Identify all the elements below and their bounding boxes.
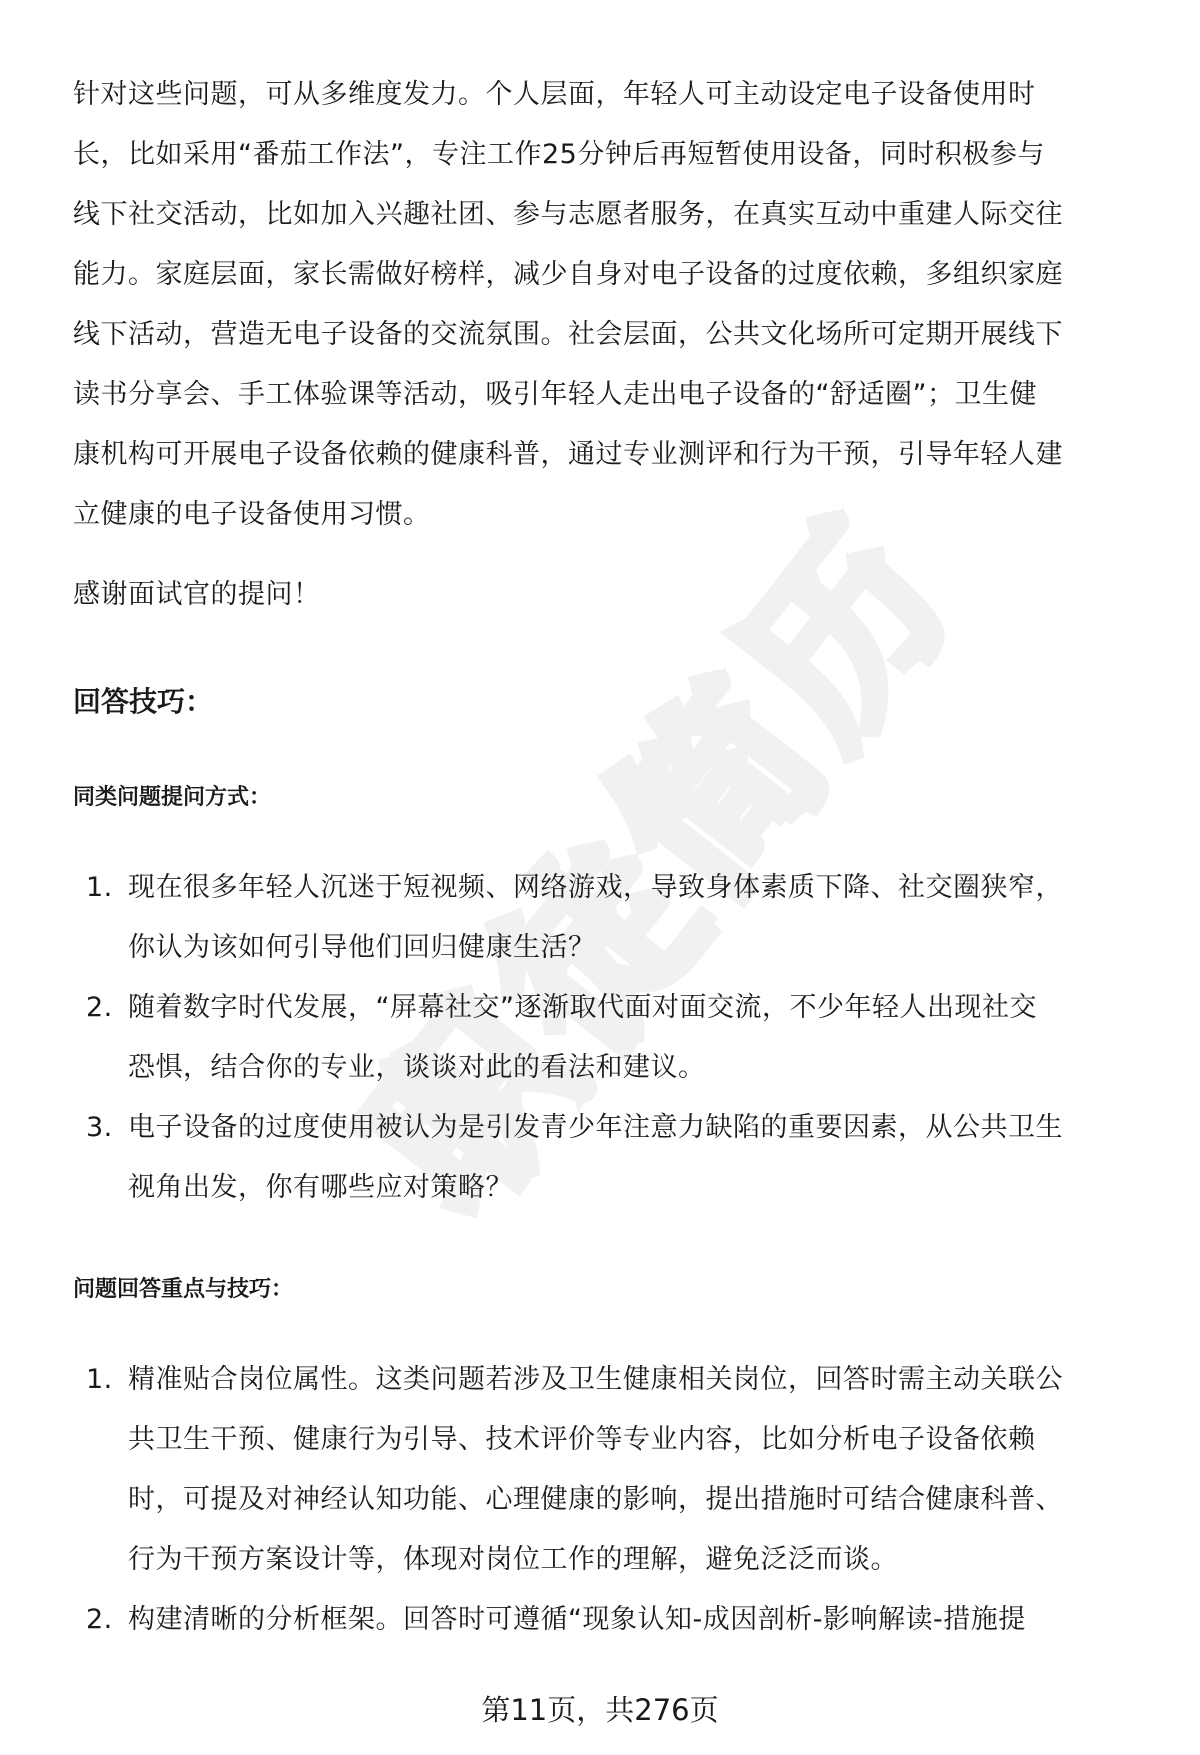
intro-line: 康机构可开展电子设备依赖的健康科普，通过专业测评和行为干预，引导年轻人建 [73,422,1153,489]
list-item-line: 电子设备的过度使用被认为是引发青少年注意力缺陷的重要因素，从公共卫生 [128,1098,1153,1158]
list-item-line: 行为干预方案设计等，体现对岗位工作的理解，避免泛泛而谈。 [128,1530,1153,1590]
intro-line: 立健康的电子设备使用习惯。 [73,482,1153,549]
intro-line: 线下社交活动，比如加入兴趣社团、参与志愿者服务，在真实互动中重建人际交往 [73,182,1153,249]
list-item-line: 你认为该如何引导他们回归健康生活？ [128,918,1153,978]
intro-line: 线下活动，营造无电子设备的交流氛围。社会层面，公共文化场所可定期开展线下 [73,302,1153,369]
list-item-line: 随着数字时代发展，“屏幕社交”逐渐取代面对面交流，不少年轻人出现社交 [128,978,1153,1038]
list-item: 2. 随着数字时代发展，“屏幕社交”逐渐取代面对面交流，不少年轻人出现社交 恐惧… [73,978,1153,1098]
tips-heading: 回答技巧： [73,680,213,720]
list-item-line: 时，可提及对神经认知功能、心理健康的影响，提出措施时可结合健康科普、 [128,1470,1153,1530]
list-item-line: 恐惧，结合你的专业，谈谈对此的看法和建议。 [128,1038,1153,1098]
list-item: 3. 电子设备的过度使用被认为是引发青少年注意力缺陷的重要因素，从公共卫生 视角… [73,1098,1153,1218]
list-item-line: 构建清晰的分析框架。回答时可遵循“现象认知-成因剖析-影响解读-措施提 [128,1590,1153,1650]
intro-line: 读书分享会、手工体验课等活动，吸引年轻人走出电子设备的“舒适圈”；卫生健 [73,362,1153,429]
thanks-text: 感谢面试官的提问！ [73,562,1153,629]
list-number: 1. [86,858,113,918]
answer-tips-list: 1. 精准贴合岗位属性。这类问题若涉及卫生健康相关岗位，回答时需主动关联公 共卫… [73,1350,1153,1650]
page-indicator: 第11页，共276页 [0,1688,1200,1729]
intro-line: 长，比如采用“番茄工作法”，专注工作25分钟后再短暂使用设备，同时积极参与 [73,122,1153,189]
list-number: 3. [86,1098,113,1158]
answer-tips-heading: 问题回答重点与技巧： [73,1272,293,1303]
list-item-line: 精准贴合岗位属性。这类问题若涉及卫生健康相关岗位，回答时需主动关联公 [128,1350,1153,1410]
list-number: 1. [86,1350,113,1410]
intro-line: 能力。家庭层面，家长需做好榜样，减少自身对电子设备的过度依赖，多组织家庭 [73,242,1153,309]
list-number: 2. [86,978,113,1038]
similar-questions-heading: 同类问题提问方式： [73,780,271,811]
intro-line: 针对这些问题，可从多维度发力。个人层面，年轻人可主动设定电子设备使用时 [73,62,1153,129]
list-item-line: 视角出发，你有哪些应对策略？ [128,1158,1153,1218]
list-item-line: 现在很多年轻人沉迷于短视频、网络游戏，导致身体素质下降、社交圈狭窄， [128,858,1153,918]
list-number: 2. [86,1590,113,1650]
similar-questions-list: 1. 现在很多年轻人沉迷于短视频、网络游戏，导致身体素质下降、社交圈狭窄， 你认… [73,858,1153,1218]
list-item: 2. 构建清晰的分析框架。回答时可遵循“现象认知-成因剖析-影响解读-措施提 [73,1590,1153,1650]
list-item: 1. 现在很多年轻人沉迷于短视频、网络游戏，导致身体素质下降、社交圈狭窄， 你认… [73,858,1153,978]
list-item: 1. 精准贴合岗位属性。这类问题若涉及卫生健康相关岗位，回答时需主动关联公 共卫… [73,1350,1153,1590]
list-item-line: 共卫生干预、健康行为引导、技术评价等专业内容，比如分析电子设备依赖 [128,1410,1153,1470]
